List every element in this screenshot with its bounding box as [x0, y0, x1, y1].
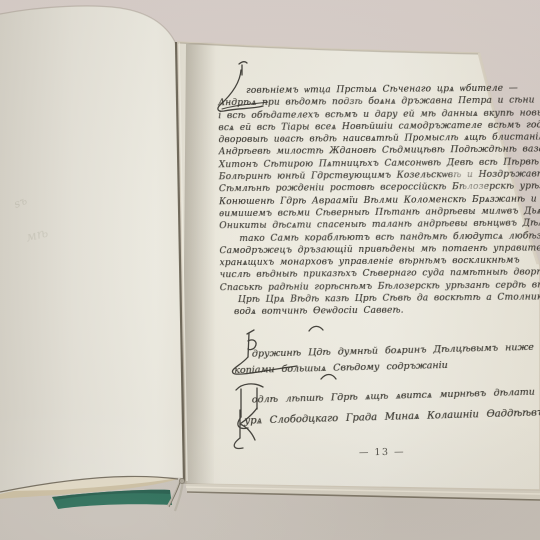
- left-page: [0, 6, 183, 494]
- page-number: — 13 —: [350, 446, 414, 458]
- manuscript-main-block: говѣніемъ ѡтца Прстыѧ Сѣченаго црѧ ѡбите…: [218, 83, 506, 319]
- ink-smudge: [450, 168, 480, 178]
- manuscript-line: водѧ вотчинѣ Ѳеѡдосіи Саввеѣ.: [220, 304, 506, 319]
- photo-of-open-book: ѕъ мѣ говѣніемъ ѡтца Прстыѧ Сѣченаго црѧ…: [0, 0, 540, 540]
- gutter-shading: [182, 42, 216, 484]
- ink-smudge: [462, 183, 488, 192]
- ink-smudge: [344, 93, 370, 101]
